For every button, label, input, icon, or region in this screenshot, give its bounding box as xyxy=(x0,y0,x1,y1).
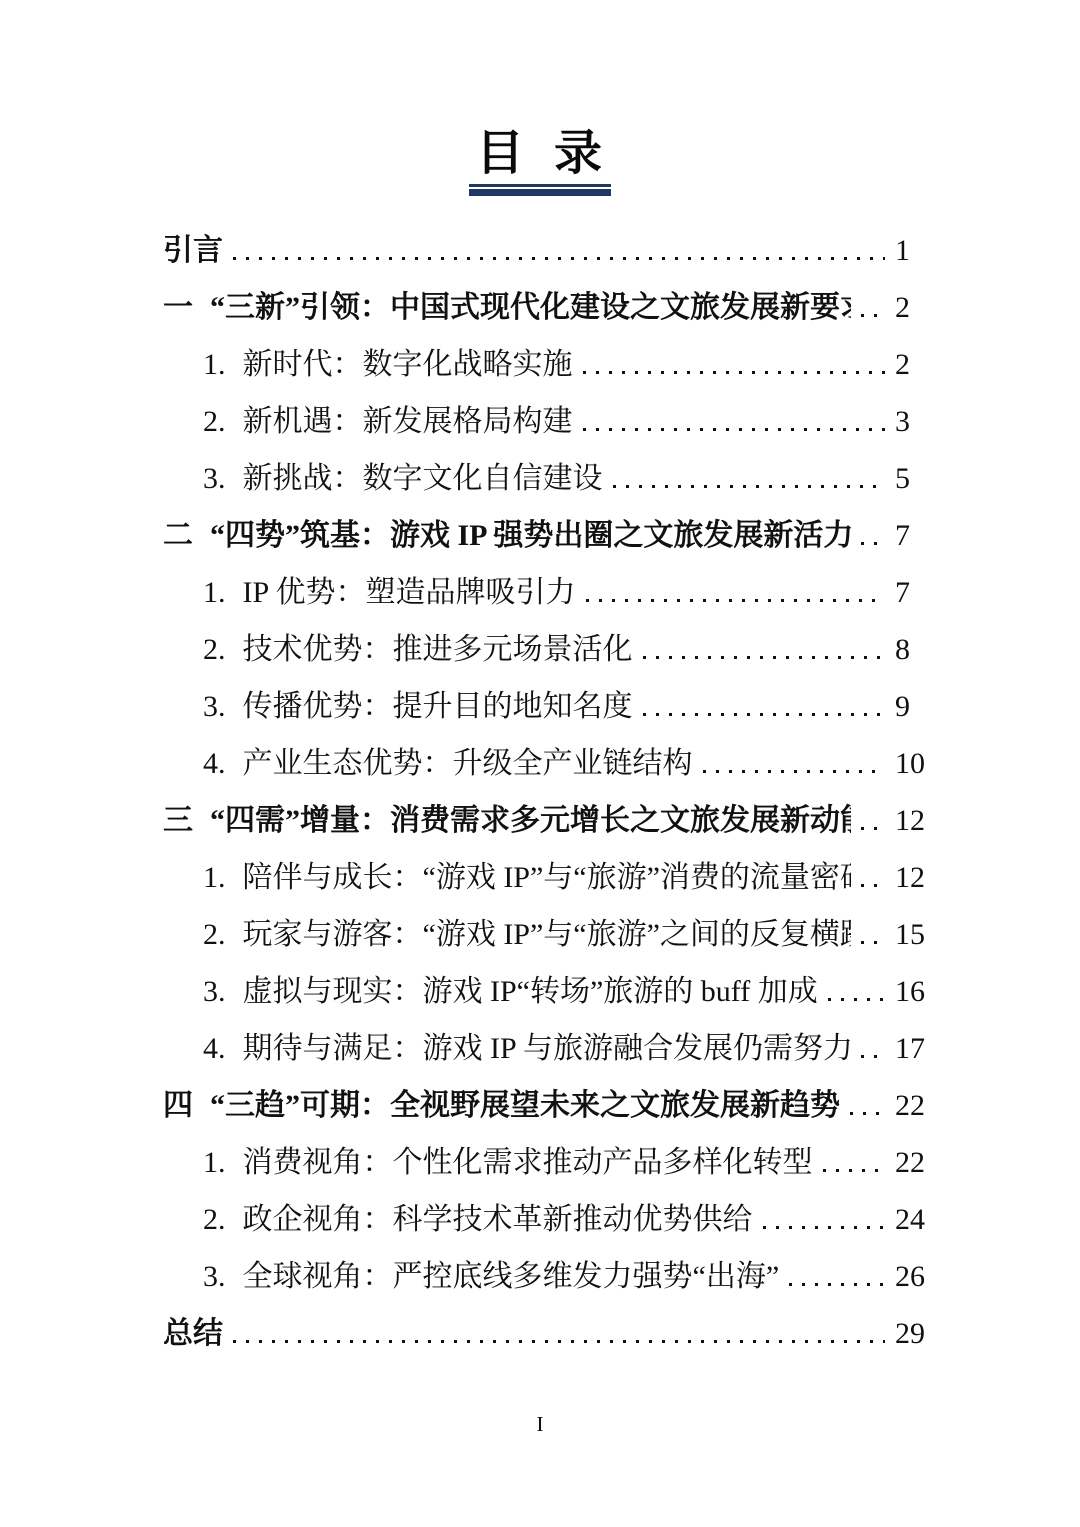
entry-number: 一 xyxy=(163,279,193,336)
entry-number: 1. xyxy=(203,849,226,906)
dot-leader xyxy=(861,1055,885,1058)
dot-leader xyxy=(763,1226,886,1229)
entry-number: 3. xyxy=(203,450,226,507)
entry-page: 29 xyxy=(895,1305,935,1362)
toc-entry-4-3[interactable]: 3. 全球视角：严控底线多维发力强势“出海” 26 xyxy=(163,1248,935,1305)
dot-leader xyxy=(583,428,886,431)
toc-entry-1-1[interactable]: 1. 新时代：数字化战略实施 2 xyxy=(163,336,935,393)
entry-label: “三新”引领：中国式现代化建设之文旅发展新要求 xyxy=(210,279,851,336)
entry-page: 3 xyxy=(895,393,935,450)
entry-page: 24 xyxy=(895,1191,935,1248)
entry-page: 1 xyxy=(895,222,935,279)
entry-label: 新挑战：数字文化自信建设 xyxy=(243,450,603,507)
entry-label: 虚拟与现实：游戏 IP“转场”旅游的 buff 加成 xyxy=(243,963,818,1020)
entry-number: 4. xyxy=(203,735,226,792)
dot-leader xyxy=(643,713,886,716)
entry-number: 4. xyxy=(203,1020,226,1077)
entry-number: 1. xyxy=(203,1134,226,1191)
entry-number: 1. xyxy=(203,564,226,621)
toc-entry-2-3[interactable]: 3. 传播优势：提升目的地知名度 9 xyxy=(163,678,935,735)
entry-number: 三 xyxy=(163,792,193,849)
dot-leader xyxy=(861,941,885,944)
entry-number: 2. xyxy=(203,393,226,450)
dot-leader xyxy=(643,656,886,659)
dot-leader xyxy=(233,257,885,260)
dot-leader xyxy=(861,314,885,317)
entry-number: 3. xyxy=(203,963,226,1020)
entry-label: 新机遇：新发展格局构建 xyxy=(243,393,573,450)
entry-number: 二 xyxy=(163,507,193,564)
entry-label: 技术优势：推进多元场景活化 xyxy=(243,621,633,678)
toc-entry-section-4[interactable]: 四 “三趋”可期：全视野展望未来之文旅发展新趋势 22 xyxy=(163,1077,935,1134)
entry-label: 引言 xyxy=(163,222,223,279)
toc-list: 引言 1 一 “三新”引领：中国式现代化建设之文旅发展新要求 2 1. 新时代：… xyxy=(163,222,935,1362)
dot-leader xyxy=(828,998,885,1001)
toc-entry-intro[interactable]: 引言 1 xyxy=(163,222,935,279)
entry-label: 消费视角：个性化需求推动产品多样化转型 xyxy=(243,1134,813,1191)
toc-entry-section-1[interactable]: 一 “三新”引领：中国式现代化建设之文旅发展新要求 2 xyxy=(163,279,935,336)
dot-leader xyxy=(861,542,885,545)
dot-leader xyxy=(823,1169,886,1172)
toc-entry-1-2[interactable]: 2. 新机遇：新发展格局构建 3 xyxy=(163,393,935,450)
entry-page: 5 xyxy=(895,450,935,507)
title-underline xyxy=(469,184,611,196)
toc-entry-4-2[interactable]: 2. 政企视角：科学技术革新推动优势供给 24 xyxy=(163,1191,935,1248)
toc-entry-section-2[interactable]: 二 “四势”筑基：游戏 IP 强势出圈之文旅发展新活力 7 xyxy=(163,507,935,564)
entry-page: 22 xyxy=(895,1134,935,1191)
entry-number: 2. xyxy=(203,621,226,678)
toc-entry-3-2[interactable]: 2. 玩家与游客：“游戏 IP”与“旅游”之间的反复横跳 15 xyxy=(163,906,935,963)
dot-leader xyxy=(613,485,886,488)
toc-entry-3-4[interactable]: 4. 期待与满足：游戏 IP 与旅游融合发展仍需努力 17 xyxy=(163,1020,935,1077)
entry-page: 10 xyxy=(895,735,935,792)
toc-page: 目 录 引言 1 一 “三新”引领：中国式现代化建设之文旅发展新要求 2 1. … xyxy=(0,0,1080,1527)
entry-page: 22 xyxy=(895,1077,935,1134)
entry-page: 16 xyxy=(895,963,935,1020)
entry-label: “四需”增量：消费需求多元增长之文旅发展新动能 xyxy=(210,792,851,849)
title-underline-thick xyxy=(469,189,611,196)
dot-leader xyxy=(789,1283,885,1286)
dot-leader xyxy=(583,371,886,374)
entry-page: 15 xyxy=(895,906,935,963)
toc-entry-3-1[interactable]: 1. 陪伴与成长：“游戏 IP”与“旅游”消费的流量密码 12 xyxy=(163,849,935,906)
entry-label: IP 优势：塑造品牌吸引力 xyxy=(243,564,576,621)
dot-leader xyxy=(850,1112,885,1115)
entry-label: 政企视角：科学技术革新推动优势供给 xyxy=(243,1191,753,1248)
entry-page: 12 xyxy=(895,792,935,849)
entry-label: 产业生态优势：升级全产业链结构 xyxy=(243,735,693,792)
entry-page: 8 xyxy=(895,621,935,678)
entry-label: 全球视角：严控底线多维发力强势“出海” xyxy=(243,1248,780,1305)
entry-page: 7 xyxy=(895,564,935,621)
entry-number: 2. xyxy=(203,906,226,963)
toc-entry-1-3[interactable]: 3. 新挑战：数字文化自信建设 5 xyxy=(163,450,935,507)
toc-entry-2-4[interactable]: 4. 产业生态优势：升级全产业链结构 10 xyxy=(163,735,935,792)
toc-entry-2-2[interactable]: 2. 技术优势：推进多元场景活化 8 xyxy=(163,621,935,678)
title-underline-thin xyxy=(469,184,611,187)
toc-entry-4-1[interactable]: 1. 消费视角：个性化需求推动产品多样化转型 22 xyxy=(163,1134,935,1191)
page-footer: I xyxy=(0,1412,1080,1437)
entry-label: 新时代：数字化战略实施 xyxy=(243,336,573,393)
entry-number: 2. xyxy=(203,1191,226,1248)
toc-entry-summary[interactable]: 总结 29 xyxy=(163,1305,935,1362)
dot-leader xyxy=(861,884,885,887)
footer-page-number: I xyxy=(537,1412,544,1436)
entry-label: “四势”筑基：游戏 IP 强势出圈之文旅发展新活力 xyxy=(210,507,851,564)
entry-number: 3. xyxy=(203,678,226,735)
entry-page: 12 xyxy=(895,849,935,906)
entry-label: 总结 xyxy=(163,1305,223,1362)
entry-page: 7 xyxy=(895,507,935,564)
toc-entry-2-1[interactable]: 1. IP 优势：塑造品牌吸引力 7 xyxy=(163,564,935,621)
entry-page: 17 xyxy=(895,1020,935,1077)
entry-label: 期待与满足：游戏 IP 与旅游融合发展仍需努力 xyxy=(243,1020,852,1077)
dot-leader xyxy=(703,770,886,773)
entry-page: 26 xyxy=(895,1248,935,1305)
entry-label: 玩家与游客：“游戏 IP”与“旅游”之间的反复横跳 xyxy=(243,906,852,963)
entry-page: 2 xyxy=(895,336,935,393)
toc-entry-3-3[interactable]: 3. 虚拟与现实：游戏 IP“转场”旅游的 buff 加成 16 xyxy=(163,963,935,1020)
dot-leader xyxy=(233,1340,885,1343)
entry-label: 陪伴与成长：“游戏 IP”与“旅游”消费的流量密码 xyxy=(243,849,852,906)
entry-number: 四 xyxy=(163,1077,193,1134)
entry-label: 传播优势：提升目的地知名度 xyxy=(243,678,633,735)
dot-leader xyxy=(586,599,885,602)
entry-page: 2 xyxy=(895,279,935,336)
page-title: 目 录 xyxy=(0,130,1080,178)
toc-entry-section-3[interactable]: 三 “四需”增量：消费需求多元增长之文旅发展新动能 12 xyxy=(163,792,935,849)
entry-label: “三趋”可期：全视野展望未来之文旅发展新趋势 xyxy=(210,1077,840,1134)
dot-leader xyxy=(861,827,885,830)
entry-number: 1. xyxy=(203,336,226,393)
entry-page: 9 xyxy=(895,678,935,735)
entry-number: 3. xyxy=(203,1248,226,1305)
